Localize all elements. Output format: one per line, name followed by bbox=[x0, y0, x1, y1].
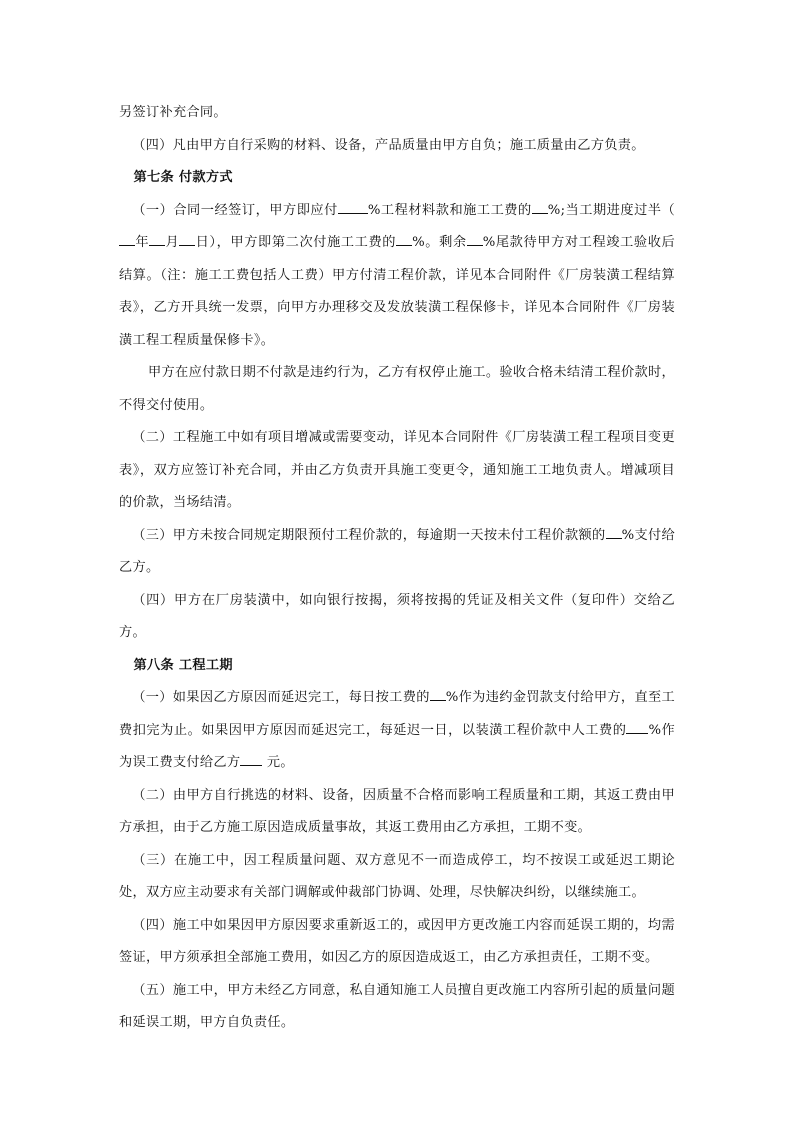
blank-field bbox=[338, 199, 368, 214]
clause-7-2: （二）工程施工中如有项目增减或需要变动，详见本合同附件《厂房装潢工程工程项目变更… bbox=[119, 422, 675, 520]
clause-7-1-note: 甲方在应付款日期不付款是违约行为，乙方有权停止施工。验收合格未结清工程价款时，不… bbox=[119, 357, 675, 422]
clause-8-2: （二）由甲方自行挑选的材料、设备，因质量不合格而影响工程质量和工期，其返工费由甲… bbox=[119, 780, 675, 845]
blank-field bbox=[240, 751, 262, 766]
clause-8-1: （一）如果因乙方原因而延迟完工，每日按工费的%作为违约金罚款支付给甲方，直至工费… bbox=[119, 682, 675, 780]
article-7-heading: 第七条 付款方式 bbox=[119, 162, 675, 195]
clause-7-3: （三）甲方未按合同规定期限预付工程价款的，每逾期一天按未付工程价款额的%支付给乙… bbox=[119, 520, 675, 585]
clause-8-4: （四）施工中如果因甲方原因要求重新返工的，或因甲方更改施工内容而延误工期的，均需… bbox=[119, 910, 675, 975]
blank-field bbox=[532, 199, 548, 214]
clause-8-3: （三）在施工中，因工程质量问题、双方意见不一而造成停工，均不按误工或延迟工期论处… bbox=[119, 845, 675, 910]
blank-field bbox=[467, 231, 483, 246]
clause-8-5: （五）施工中，甲方未经乙方同意，私自通知施工人员擅自更改施工内容所引起的质量问题… bbox=[119, 975, 675, 1040]
blank-field bbox=[626, 719, 648, 734]
blank-field bbox=[179, 231, 195, 246]
clause-7-4: （四）甲方在厂房装潢中，如向银行按揭，须将按揭的凭证及相关文件（复印件）交给乙方… bbox=[119, 585, 675, 650]
blank-field bbox=[119, 231, 135, 246]
article-8-heading: 第八条 工程工期 bbox=[119, 650, 675, 683]
blank-field bbox=[606, 524, 622, 539]
paragraph-continuation: 另签订补充合同。 bbox=[119, 97, 675, 130]
blank-field bbox=[430, 686, 446, 701]
document-page: 另签订补充合同。 （四）凡由甲方自行采购的材料、设备，产品质量由甲方自负；施工质… bbox=[119, 97, 675, 1040]
clause-6-4: （四）凡由甲方自行采购的材料、设备，产品质量由甲方自负；施工质量由乙方负责。 bbox=[119, 130, 675, 163]
clause-7-1: （一）合同一经签订，甲方即应付%工程材料款和施工工费的%;当工期进度过半（年月日… bbox=[119, 195, 675, 358]
blank-field bbox=[149, 231, 165, 246]
blank-field bbox=[396, 231, 412, 246]
